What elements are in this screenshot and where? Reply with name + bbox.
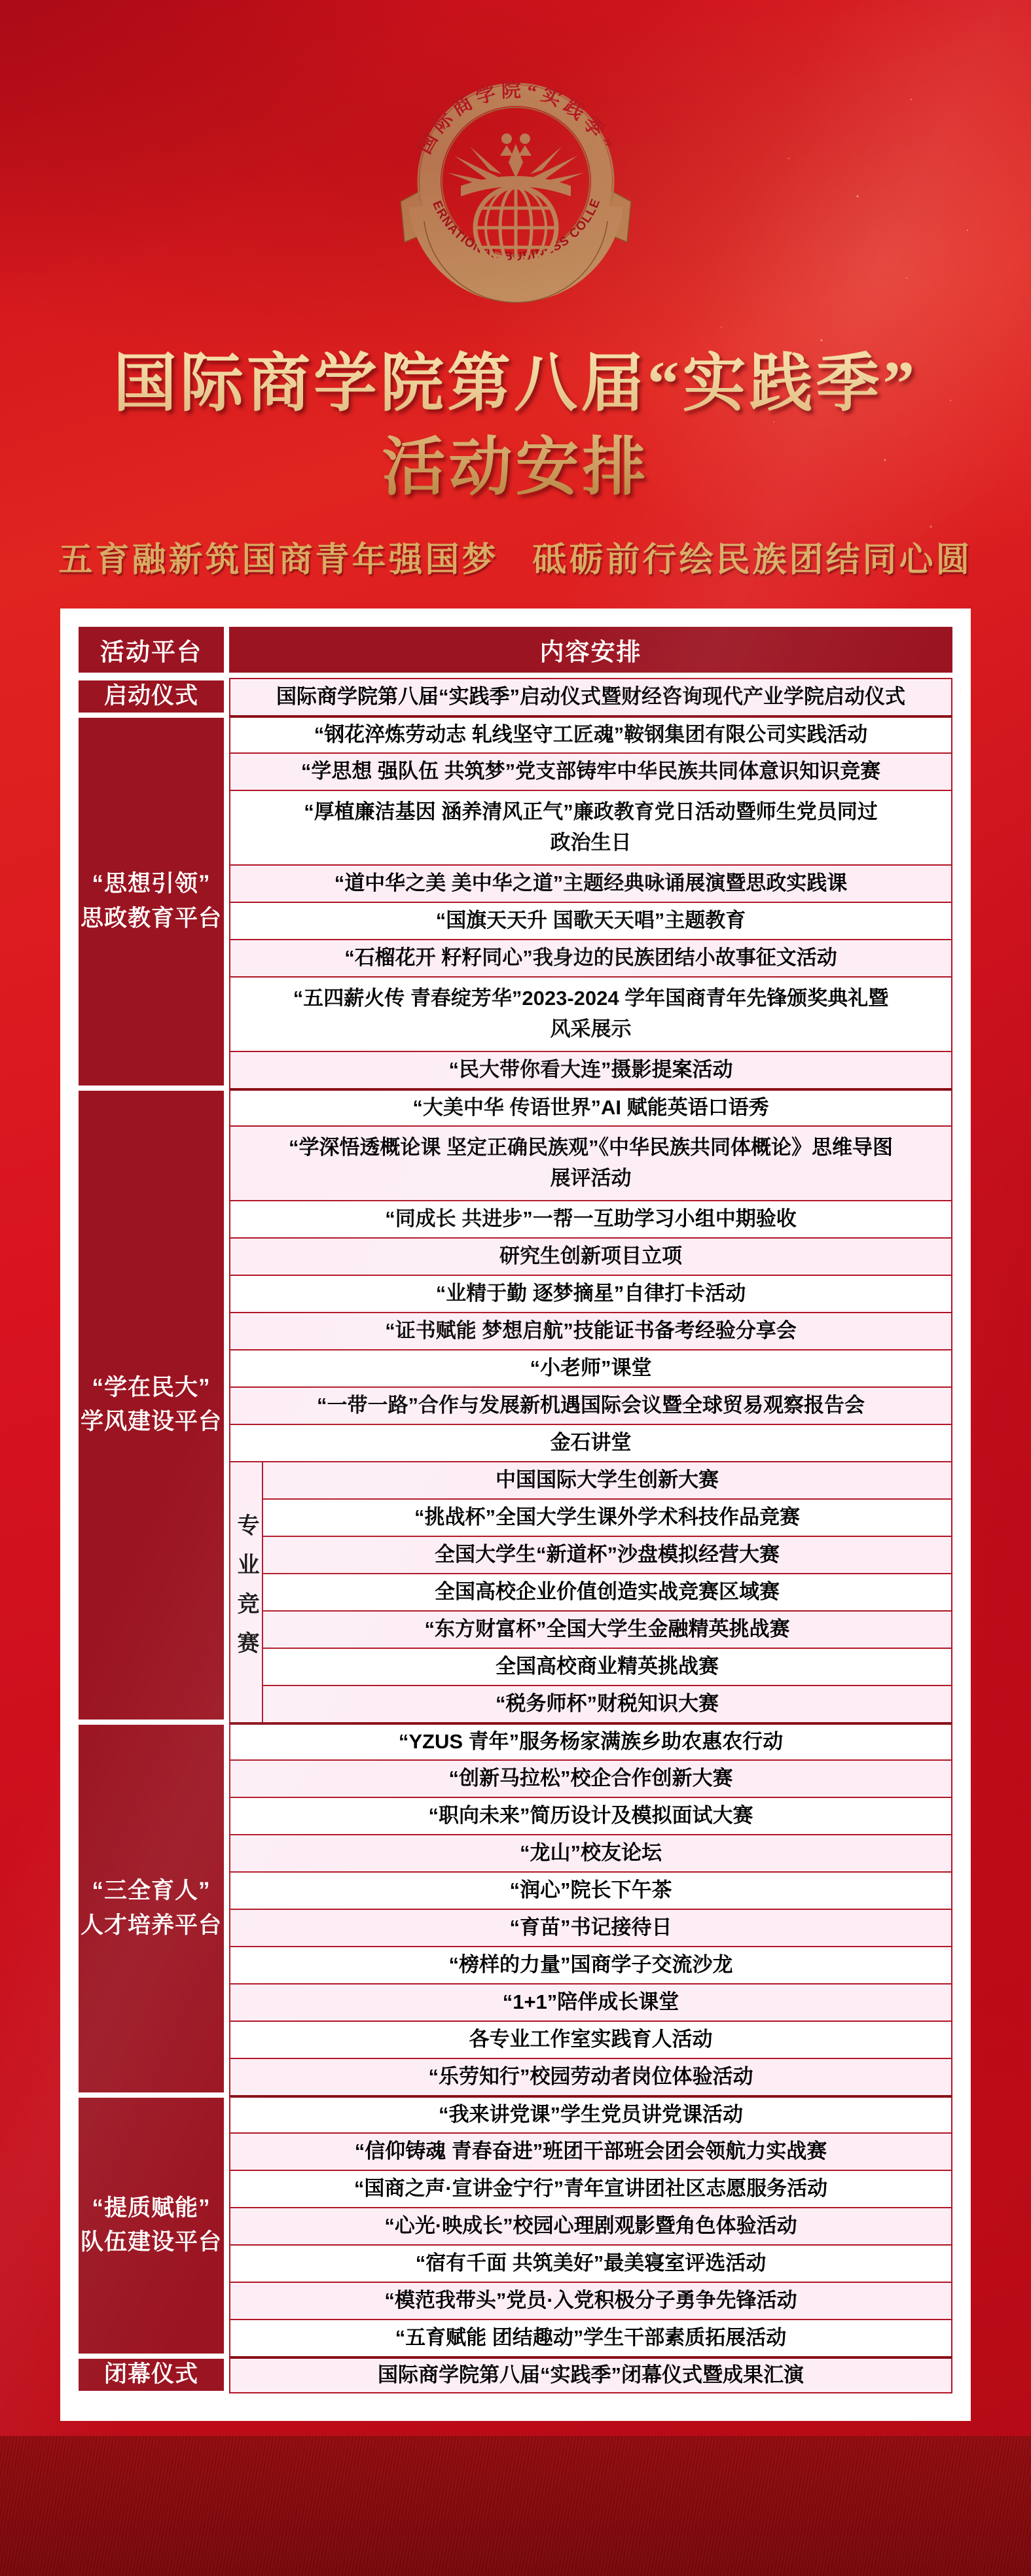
subgroup-label: 专业竞赛 — [235, 1513, 257, 1670]
table-row: “乐劳知行”校园劳动者岗位体验活动 — [229, 2058, 952, 2095]
platform-cell: “三全育人” 人才培养平台 — [79, 1725, 224, 2092]
table-row: 金石讲堂 — [229, 1424, 952, 1461]
platform-cell: “学在民大” 学风建设平台 — [79, 1091, 224, 1720]
table-row: “大美中华 传语世界”AI 赋能英语口语秀 — [229, 1088, 952, 1125]
table-row: “学深悟透概论课 坚定正确民族观”《中华民族共同体概论》思维导图 展评活动 — [229, 1125, 952, 1200]
table-row: “职向未来”简历设计及模拟面试大赛 — [229, 1797, 952, 1834]
table-row: “育苗”书记接待日 — [229, 1909, 952, 1946]
activity-table-grid: 国际商学院第八届“实践季”启动仪式暨财经咨询现代产业学院启动仪式启动仪式“钢花淬… — [79, 678, 952, 2393]
table-row: 全国大学生“新道杯”沙盘模拟经营大赛 — [262, 1536, 952, 1573]
table-row: “国旗天天升 国歌天天唱”主题教育 — [229, 902, 952, 939]
table-row: “榜样的力量”国商学子交流沙龙 — [229, 1946, 952, 1983]
platform-cell: “思想引领” 思政教育平台 — [79, 718, 224, 1085]
title-line-2: 活动安排 — [0, 431, 1031, 505]
college-emblem: 国际商学院“实践季” INTERNATIONAL BUSINESS COLLEG… — [391, 34, 640, 330]
table-row: “创新马拉松”校企合作创新大赛 — [229, 1759, 952, 1797]
table-row: “税务师杯”财税知识大赛 — [262, 1685, 952, 1722]
subgroup-label-cell: 专业竞赛 — [229, 1461, 262, 1722]
table-row: “一带一路”合作与发展新机遇国际会议暨全球贸易观察报告会 — [229, 1386, 952, 1424]
table-row: “国商之声·宣讲金宁行”青年宣讲团社区志愿服务活动 — [229, 2170, 952, 2207]
platform-cell: 闭幕仪式 — [79, 2359, 224, 2391]
table-row: “石榴花开 籽籽同心”我身边的民族团结小故事征文活动 — [229, 939, 952, 976]
table-row: 各专业工作室实践育人活动 — [229, 2020, 952, 2058]
activity-table-panel: 活动平台 内容安排 国际商学院第八届“实践季”启动仪式暨财经咨询现代产业学院启动… — [60, 609, 971, 2421]
table-row: “业精于勤 逐梦摘星”自律打卡活动 — [229, 1275, 952, 1312]
platform-cell: “提质赋能” 队伍建设平台 — [79, 2098, 224, 2354]
table-row: 国际商学院第八届“实践季”闭幕仪式暨成果汇演 — [229, 2356, 952, 2393]
table-header-row: 活动平台 内容安排 — [79, 627, 952, 673]
table-row: “模范我带头”党员·入党积极分子勇争先锋活动 — [229, 2282, 952, 2319]
slogan-left: 五育融新筑国商青年强国梦 — [58, 532, 498, 581]
page-title: 国际商学院第八届“实践季” 活动安排 — [0, 347, 1031, 506]
table-row: “小老师”课堂 — [229, 1349, 952, 1386]
table-row: 中国国际大学生创新大赛 — [262, 1461, 952, 1498]
emblem-globe — [475, 187, 556, 268]
table-row: “东方财富杯”全国大学生金融精英挑战赛 — [262, 1610, 952, 1648]
table-row: “龙山”校友论坛 — [229, 1834, 952, 1871]
title-line-1: 国际商学院第八届“实践季” — [113, 349, 918, 419]
table-row: 全国高校商业精英挑战赛 — [262, 1648, 952, 1685]
table-row: “五四薪火传 青春绽芳华”2023-2024 学年国商青年先锋颁奖典礼暨 风采展… — [229, 976, 952, 1051]
table-row: “宿有千面 共筑美好”最美寝室评选活动 — [229, 2244, 952, 2282]
table-row: “信仰铸魂 青春奋进”班团干部班会团会领航力实战赛 — [229, 2132, 952, 2170]
table-row: “厚植廉洁基因 涵养清风正气”廉政教育党日活动暨师生党员同过 政治生日 — [229, 790, 952, 864]
table-row: “润心”院长下午茶 — [229, 1871, 952, 1909]
table-row: “1+1”陪伴成长课堂 — [229, 1983, 952, 2020]
column-header-content: 内容安排 — [229, 627, 952, 673]
bottom-texture-band — [0, 2436, 1031, 2576]
table-row: “证书赋能 梦想启航”技能证书备考经验分享会 — [229, 1312, 952, 1349]
table-row: “同成长 共进步”一帮一互助学习小组中期验收 — [229, 1200, 952, 1237]
table-row: 国际商学院第八届“实践季”启动仪式暨财经咨询现代产业学院启动仪式 — [229, 678, 952, 715]
table-row: “学思想 强队伍 共筑梦”党支部铸牢中华民族共同体意识知识竞赛 — [229, 752, 952, 790]
table-row: 研究生创新项目立项 — [229, 1237, 952, 1275]
table-row: “五育赋能 团结趣动”学生干部素质拓展活动 — [229, 2319, 952, 2356]
table-row: “心光·映成长”校园心理剧观影暨角色体验活动 — [229, 2207, 952, 2244]
table-row: “挑战杯”全国大学生课外学术科技作品竞赛 — [262, 1498, 952, 1536]
practice-season-poster: 国际商学院“实践季” INTERNATIONAL BUSINESS COLLEG… — [0, 0, 1031, 2576]
slogan: 五育融新筑国商青年强国梦 砥砺前行绘民族团结同心圆 — [0, 532, 1031, 581]
table-row: 全国高校企业价值创造实战竞赛区域赛 — [262, 1573, 952, 1610]
table-row: “民大带你看大连”摄影提案活动 — [229, 1051, 952, 1088]
column-header-platform: 活动平台 — [79, 627, 224, 673]
slogan-right: 砥砺前行绘民族团结同心圆 — [533, 532, 973, 581]
table-row: “钢花淬炼劳动志 轧线坚守工匠魂”鞍钢集团有限公司实践活动 — [229, 715, 952, 752]
platform-cell: 启动仪式 — [79, 680, 224, 713]
table-row: “道中华之美 美中华之道”主题经典咏诵展演暨思政实践课 — [229, 864, 952, 902]
table-row: “我来讲党课”学生党员讲党课活动 — [229, 2095, 952, 2132]
table-row: “YZUS 青年”服务杨家满族乡助农惠农行动 — [229, 1722, 952, 1759]
header-gap — [224, 627, 229, 673]
